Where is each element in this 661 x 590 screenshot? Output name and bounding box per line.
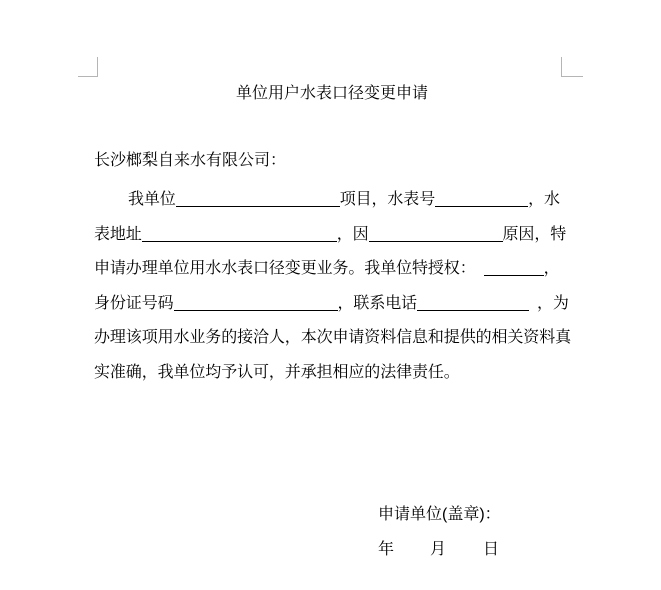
application-paragraph: 我单位项目，水表号，水 表地址，因原因，特 申请办理单位用水水表口径变更业务。我… bbox=[94, 183, 570, 390]
meter-number-blank[interactable] bbox=[435, 192, 528, 207]
line1-end-text: ，水 bbox=[528, 191, 560, 208]
phone-number-blank[interactable] bbox=[417, 296, 529, 311]
line4-pre-text: 身份证号码 bbox=[94, 295, 174, 312]
reason-blank[interactable] bbox=[369, 227, 503, 242]
document-body: 单位用户水表口径变更申请 长沙榔梨自来水有限公司： 我单位项目，水表号，水 表地… bbox=[94, 0, 570, 567]
date-day-label: 日 bbox=[483, 541, 499, 558]
line4-end-text: ，为 bbox=[537, 295, 569, 312]
recipient-company-line: 长沙榔梨自来水有限公司： bbox=[94, 152, 570, 169]
paragraph-line-2: 表地址，因原因，特 bbox=[94, 218, 570, 253]
line2-end-text: 原因，特 bbox=[503, 226, 567, 243]
date-line: 年月日 bbox=[378, 533, 570, 568]
signature-block: 申请单位(盖章)： 年月日 bbox=[378, 498, 570, 567]
line3-end-text: ， bbox=[544, 260, 560, 277]
meter-address-blank[interactable] bbox=[142, 227, 337, 242]
paragraph-line-1: 我单位项目，水表号，水 bbox=[94, 183, 570, 218]
paragraph-line-6: 实准确，我单位均予认可，并承担相应的法律责任。 bbox=[94, 356, 570, 391]
paragraph-line-4: 身份证号码，联系电话，为 bbox=[94, 287, 570, 322]
line2-pre-text: 表地址 bbox=[94, 226, 142, 243]
line2-mid-text: ，因 bbox=[337, 226, 369, 243]
line1-mid-text: 项目，水表号 bbox=[340, 191, 435, 208]
date-year-label: 年 bbox=[378, 541, 394, 558]
paragraph-line-3: 申请办理单位用水水表口径变更业务。我单位特授权：， bbox=[94, 252, 570, 287]
applicant-unit-seal-label: 申请单位(盖章)： bbox=[378, 498, 570, 533]
line3-pre-text: 申请办理单位用水水表口径变更业务。我单位特授权： bbox=[94, 260, 476, 277]
line4-mid-text: ，联系电话 bbox=[338, 295, 418, 312]
line1-pre-text: 我单位 bbox=[128, 191, 176, 208]
id-number-blank[interactable] bbox=[174, 296, 338, 311]
document-page: 单位用户水表口径变更申请 长沙榔梨自来水有限公司： 我单位项目，水表号，水 表地… bbox=[0, 0, 661, 590]
paragraph-line-5: 办理该项用水业务的接洽人，本次申请资料信息和提供的相关资料真 bbox=[94, 321, 570, 356]
authorized-person-blank[interactable] bbox=[484, 261, 544, 276]
document-title: 单位用户水表口径变更申请 bbox=[94, 85, 570, 102]
project-name-blank[interactable] bbox=[176, 192, 340, 207]
date-month-label: 月 bbox=[430, 541, 446, 558]
